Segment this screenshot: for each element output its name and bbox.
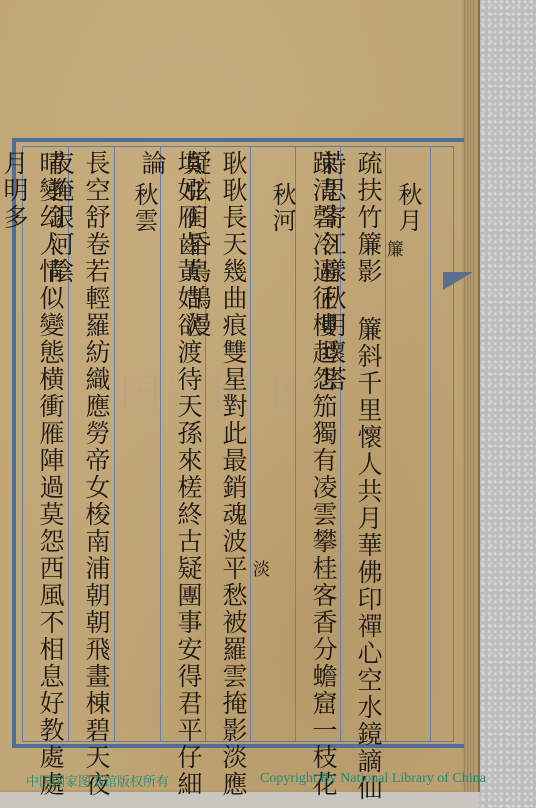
poem-column: 踈清磬冷逼征樓起怨笳獨有凌雲攀桂客香分蟾窟一枝花 [305,150,341,798]
poem-column: 長空舒卷若輕羅紡織應勞帝女梭南浦朝朝飛畫棟碧天夜夜掩銀河陰 [78,150,114,808]
watermark-english: Copyright By National Library of China [260,771,486,787]
poem-title-autumn-river: 秋河 [264,182,300,234]
marginal-annotation: 簾 [381,240,406,257]
poem-column: 填如雁齒黃姑欲渡待天孫來槎終古疑團事安得君平仔細論 [170,150,206,808]
page-edge-line [470,0,471,792]
poem-title-autumn-moon: 秋月 [390,182,426,234]
page-edge-line [473,0,474,792]
watermark-chinese: 中国国家图书馆版权所有 [26,771,169,790]
column-divider [295,146,296,742]
page-edge-line [464,0,465,792]
background-foam [476,0,536,808]
poem-column: 晴變幻人情似變態横衝雁陣過莫怨西風不相息好教處處月明多 [32,150,68,808]
column-divider [114,146,115,742]
page-edge-line [467,0,468,792]
fish-tail-mark-icon [443,272,473,298]
column-divider [430,146,431,742]
column-divider [160,146,161,742]
poem-title-autumn-cloud: 秋雲 [126,182,162,234]
poem-column: 耿耿長天幾曲痕雙星對此最銷魂波平愁被羅雲掩影淡應疑弦月昏鳥鵲漫 [215,150,251,808]
marginal-annotation: 淡 [247,560,272,577]
